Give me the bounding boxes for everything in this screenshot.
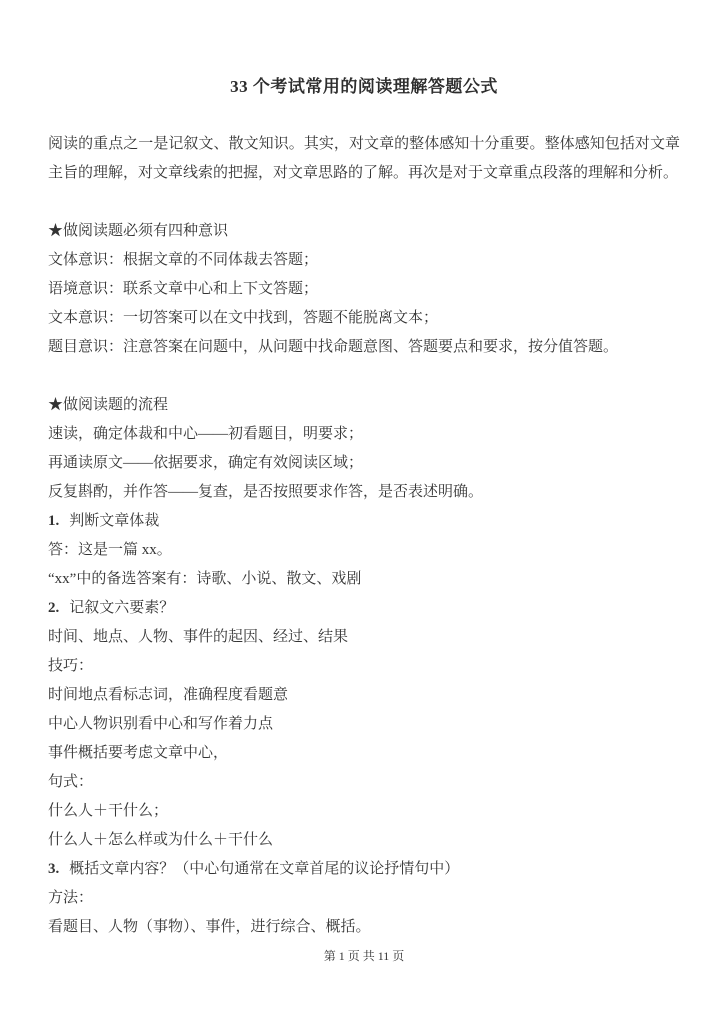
- item-3-question-text: 概括文章内容？（中心句通常在文章首尾的议论抒情句中）: [69, 861, 459, 877]
- intro-paragraph: 阅读的重点之一是记叙文、散文知识。其实，对文章的整体感知十分重要。整体感知包括对…: [48, 130, 680, 188]
- item-1-answer: 答：这是一篇 xx。: [48, 536, 680, 565]
- document-title: 33 个考试常用的阅读理解答题公式: [48, 72, 680, 101]
- item-1-question-text: 判断文章体裁: [69, 513, 159, 529]
- item-2-pattern-2: 什么人＋怎么样或为什么＋干什么: [48, 826, 680, 855]
- process-line-skim: 速读，确定体裁和中心——初看题目，明要求；: [48, 420, 680, 449]
- awareness-line-style: 文体意识：根据文章的不同体裁去答题；: [48, 246, 680, 275]
- blank-line: [48, 101, 680, 130]
- section-heading-process: ★做阅读题的流程: [48, 391, 680, 420]
- item-1-options: “xx”中的备选答案有：诗歌、小说、散文、戏剧: [48, 565, 680, 594]
- item-3-method-label: 方法：: [48, 884, 680, 913]
- item-2-pattern-label: 句式：: [48, 768, 680, 797]
- item-3-method-text: 看题目、人物（事物）、事件，进行综合、概括。: [48, 913, 680, 942]
- document-page: 33 个考试常用的阅读理解答题公式 阅读的重点之一是记叙文、散文知识。其实，对文…: [0, 0, 724, 1024]
- item-2-question-text: 记叙文六要素？: [69, 600, 174, 616]
- item-2-tips-label: 技巧：: [48, 652, 680, 681]
- item-2-number: 2.: [48, 600, 59, 616]
- item-2-tip-event: 事件概括要考虑文章中心，: [48, 739, 680, 768]
- item-1-question: 1.判断文章体裁: [48, 507, 680, 536]
- item-1-number: 1.: [48, 513, 59, 529]
- blank-line: [48, 188, 680, 217]
- section-heading-awareness: ★做阅读题必须有四种意识: [48, 217, 680, 246]
- item-2-tip-character: 中心人物识别看中心和写作着力点: [48, 710, 680, 739]
- process-line-review: 反复斟酌，并作答——复查，是否按照要求作答，是否表述明确。: [48, 478, 680, 507]
- item-2-pattern-1: 什么人＋干什么；: [48, 797, 680, 826]
- item-2-question: 2.记叙文六要素？: [48, 594, 680, 623]
- blank-line: [48, 362, 680, 391]
- awareness-line-context: 语境意识：联系文章中心和上下文答题；: [48, 275, 680, 304]
- document-content: 33 个考试常用的阅读理解答题公式 阅读的重点之一是记叙文、散文知识。其实，对文…: [48, 72, 680, 971]
- item-3-question: 3.概括文章内容？（中心句通常在文章首尾的议论抒情句中）: [48, 855, 680, 884]
- awareness-line-text: 文本意识：一切答案可以在文中找到，答题不能脱离文本；: [48, 304, 680, 333]
- item-2-tip-time: 时间地点看标志词，准确程度看题意: [48, 681, 680, 710]
- process-line-reread: 再通读原文——依据要求，确定有效阅读区域；: [48, 449, 680, 478]
- item-3-number: 3.: [48, 861, 59, 877]
- page-number-footer: 第 1 页 共 11 页: [48, 942, 680, 971]
- awareness-line-question: 题目意识：注意答案在问题中，从问题中找命题意图、答题要点和要求，按分值答题。: [48, 333, 680, 362]
- item-2-elements: 时间、地点、人物、事件的起因、经过、结果: [48, 623, 680, 652]
